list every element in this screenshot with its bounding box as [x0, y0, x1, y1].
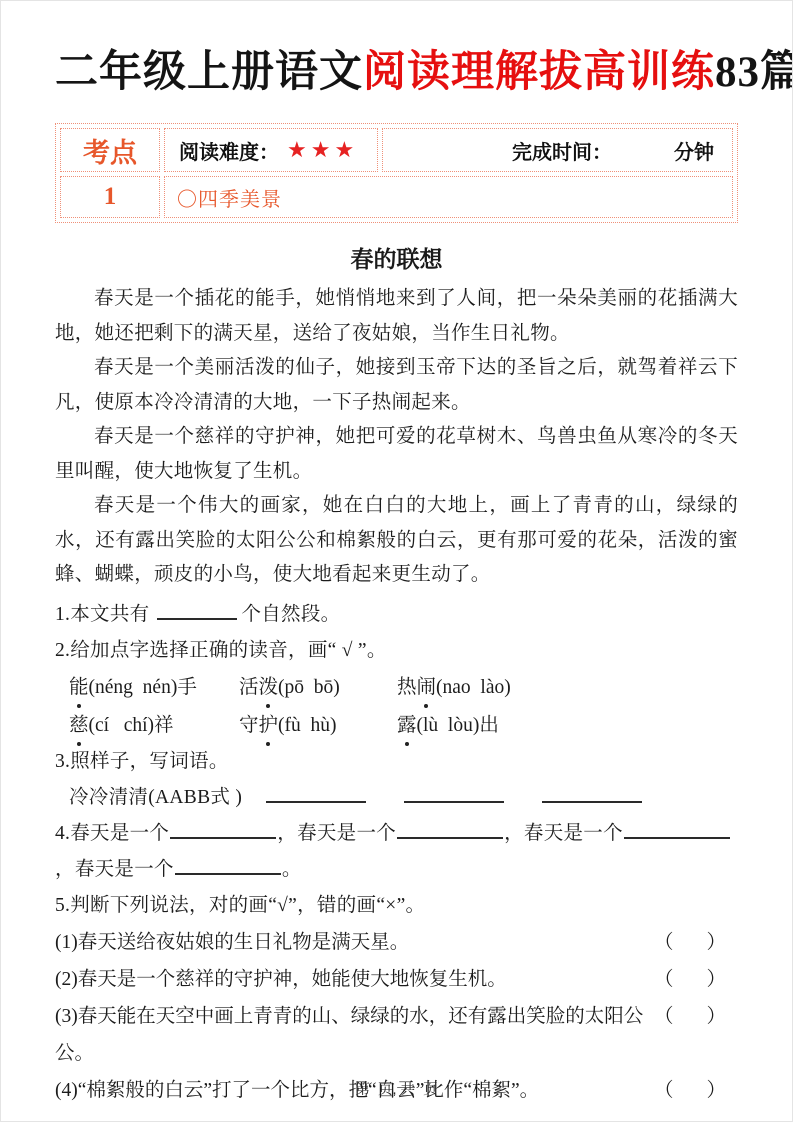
pinyin-item-lu: 露(lù lòu)出: [397, 707, 738, 744]
statement-3-row: (3)春天能在天空中画上青青的山、绿绿的水，还有露出笑脸的太阳公公。 （）: [55, 998, 738, 1072]
pinyin-pre: 守: [239, 715, 259, 736]
paren-close: ）: [706, 924, 726, 961]
exam-point-label: 考点: [83, 131, 137, 170]
question-4-segment: 春天是一个: [297, 823, 396, 844]
question-3-blank-3: [542, 797, 642, 803]
pinyin-item-po: 活泼(pō bō): [239, 669, 397, 706]
period: 。: [282, 859, 302, 880]
question-1-post: 个自然段。: [241, 604, 340, 625]
question-1: 1.本文共有个自然段。: [55, 597, 738, 633]
paren-open: （: [654, 961, 674, 998]
article-paragraph-3: 春天是一个慈祥的守护神，她把可爱的花草树木、鸟兽虫鱼从寒冷的冬天里叫醒，使大地恢…: [55, 420, 738, 489]
dotted-char: 闹: [417, 669, 437, 706]
reading-difficulty-label: 阅读难度：: [179, 136, 279, 165]
question-4-segment: 春天是一个: [524, 823, 623, 844]
dotted-char: 能: [69, 669, 89, 706]
question-3-blank-2: [404, 797, 504, 803]
statement-2-answer-parens: （）: [654, 961, 726, 998]
pinyin-item-nao: 热闹(nao lào): [397, 669, 738, 706]
question-3-blank-1: [266, 797, 366, 803]
pinyin-rest: (nao lào): [436, 677, 511, 698]
statement-2-text: (2)春天是一个慈祥的守护神，她能使大地恢复生机。: [55, 961, 507, 998]
statement-3-answer-parens: （）: [654, 998, 726, 1035]
completion-time-label: 完成时间：: [512, 136, 612, 165]
question-3-example-line: 冷冷清清(AABB式 ): [55, 780, 738, 816]
pinyin-item-ci: 慈(cí chí)祥: [69, 707, 239, 744]
exam-point-label-cell: 考点: [60, 128, 160, 172]
pinyin-item-neng: 能(néng nén)手: [69, 669, 239, 706]
paren-open: （: [654, 998, 674, 1035]
question-3-prompt: 3.照样子，写词语。: [55, 744, 738, 780]
paren-close: ）: [706, 998, 726, 1035]
reading-difficulty-cell: 阅读难度： ★★★: [164, 128, 378, 172]
article-paragraph-1: 春天是一个插花的能手，她悄悄地来到了人间，把一朵朵美丽的花插满大地，她还把剩下的…: [55, 282, 738, 351]
article-paragraph-4: 春天是一个伟大的画家，她在白白的大地上，画上了青青的山，绿绿的水，还有露出笑脸的…: [55, 489, 738, 593]
pinyin-item-hu: 守护(fù hù): [239, 707, 397, 744]
question-2-prompt: 2.给加点字选择正确的读音，画“ √ ”。: [55, 633, 738, 669]
exam-point-number-cell: 1: [60, 176, 160, 218]
question-4-blank-3: [624, 833, 730, 839]
pinyin-options: 能(néng nén)手 活泼(pō bō) 热闹(nao lào) 慈(cí …: [55, 669, 738, 744]
dotted-char: 露: [397, 707, 417, 744]
statement-1-text: (1)春天送给夜姑娘的生日礼物是满天星。: [55, 924, 409, 961]
pinyin-rest: (cí chí)祥: [89, 715, 174, 736]
question-4-segment: 春天是一个: [70, 823, 169, 844]
paren-open: （: [654, 924, 674, 961]
statement-3-text: (3)春天能在天空中画上青青的山、绿绿的水，还有露出笑脸的太阳公公。: [55, 998, 654, 1072]
pinyin-rest: (néng nén)手: [89, 677, 197, 698]
difficulty-stars-icon: ★★★: [287, 137, 358, 163]
minutes-label: 分钟: [674, 136, 714, 165]
pinyin-rest: (lù lòu)出: [417, 715, 499, 736]
page-title: 二年级上册语文阅读理解拔高训练83篇: [55, 43, 738, 103]
question-4-label: 4.: [55, 823, 70, 844]
comma: ，: [55, 859, 75, 880]
paren-close: ）: [706, 961, 726, 998]
question-4-blank-1: [170, 833, 276, 839]
page-title-black-2: 83篇: [715, 49, 793, 96]
topic-cell: 〇四季美景: [164, 176, 733, 218]
pinyin-rest: (pō bō): [278, 677, 340, 698]
comma: ，: [277, 823, 297, 844]
exam-point-box: 考点 阅读难度： ★★★ 完成时间： 分钟 1 〇四季美景: [55, 123, 738, 223]
dotted-char: 护: [259, 707, 279, 744]
article-paragraph-2: 春天是一个美丽活泼的仙子，她接到玉帝下达的圣旨之后，就驾着祥云下凡，使原本冷冷清…: [55, 351, 738, 420]
question-3-example: 冷冷清清(AABB式 ): [69, 787, 242, 808]
questions-section: 1.本文共有个自然段。 2.给加点字选择正确的读音，画“ √ ”。 能(néng…: [55, 597, 738, 1109]
comma: ，: [504, 823, 524, 844]
question-1-pre: 1.本文共有: [55, 604, 149, 625]
question-4-segment: 春天是一个: [75, 859, 174, 880]
question-4-blank-4: [175, 869, 281, 875]
question-4: 4.春天是一个，春天是一个，春天是一个，春天是一个。: [55, 816, 738, 888]
question-1-blank: [157, 614, 237, 620]
dotted-char: 慈: [69, 707, 89, 744]
exam-point-number: 1: [104, 183, 117, 211]
statement-1-answer-parens: （）: [654, 924, 726, 961]
dotted-char: 泼: [259, 669, 279, 706]
pinyin-pre: 热: [397, 677, 417, 698]
topic-label: 〇四季美景: [177, 183, 282, 212]
statement-2-row: (2)春天是一个慈祥的守护神，她能使大地恢复生机。 （）: [55, 961, 738, 998]
completion-time-cell: 完成时间： 分钟: [382, 128, 733, 172]
pinyin-pre: 活: [239, 677, 259, 698]
exam-point-grid: 考点 阅读难度： ★★★ 完成时间： 分钟 1 〇四季美景: [60, 128, 733, 218]
page-number-footer: 第 页, 共 页: [1, 1078, 792, 1099]
pinyin-rest: (fù hù): [278, 715, 336, 736]
question-4-blank-2: [397, 833, 503, 839]
page-title-black-1: 二年级上册语文: [55, 49, 363, 96]
page-title-red: 阅读理解拔高训练: [363, 49, 715, 96]
article-title: 春的联想: [55, 241, 738, 274]
article-body: 春天是一个插花的能手，她悄悄地来到了人间，把一朵朵美丽的花插满大地，她还把剩下的…: [55, 282, 738, 593]
worksheet-page: 二年级上册语文阅读理解拔高训练83篇 考点 阅读难度： ★★★ 完成时间： 分钟…: [0, 0, 793, 1122]
statement-1-row: (1)春天送给夜姑娘的生日礼物是满天星。 （）: [55, 924, 738, 961]
question-5-prompt: 5.判断下列说法，对的画“√”，错的画“×”。: [55, 888, 738, 924]
